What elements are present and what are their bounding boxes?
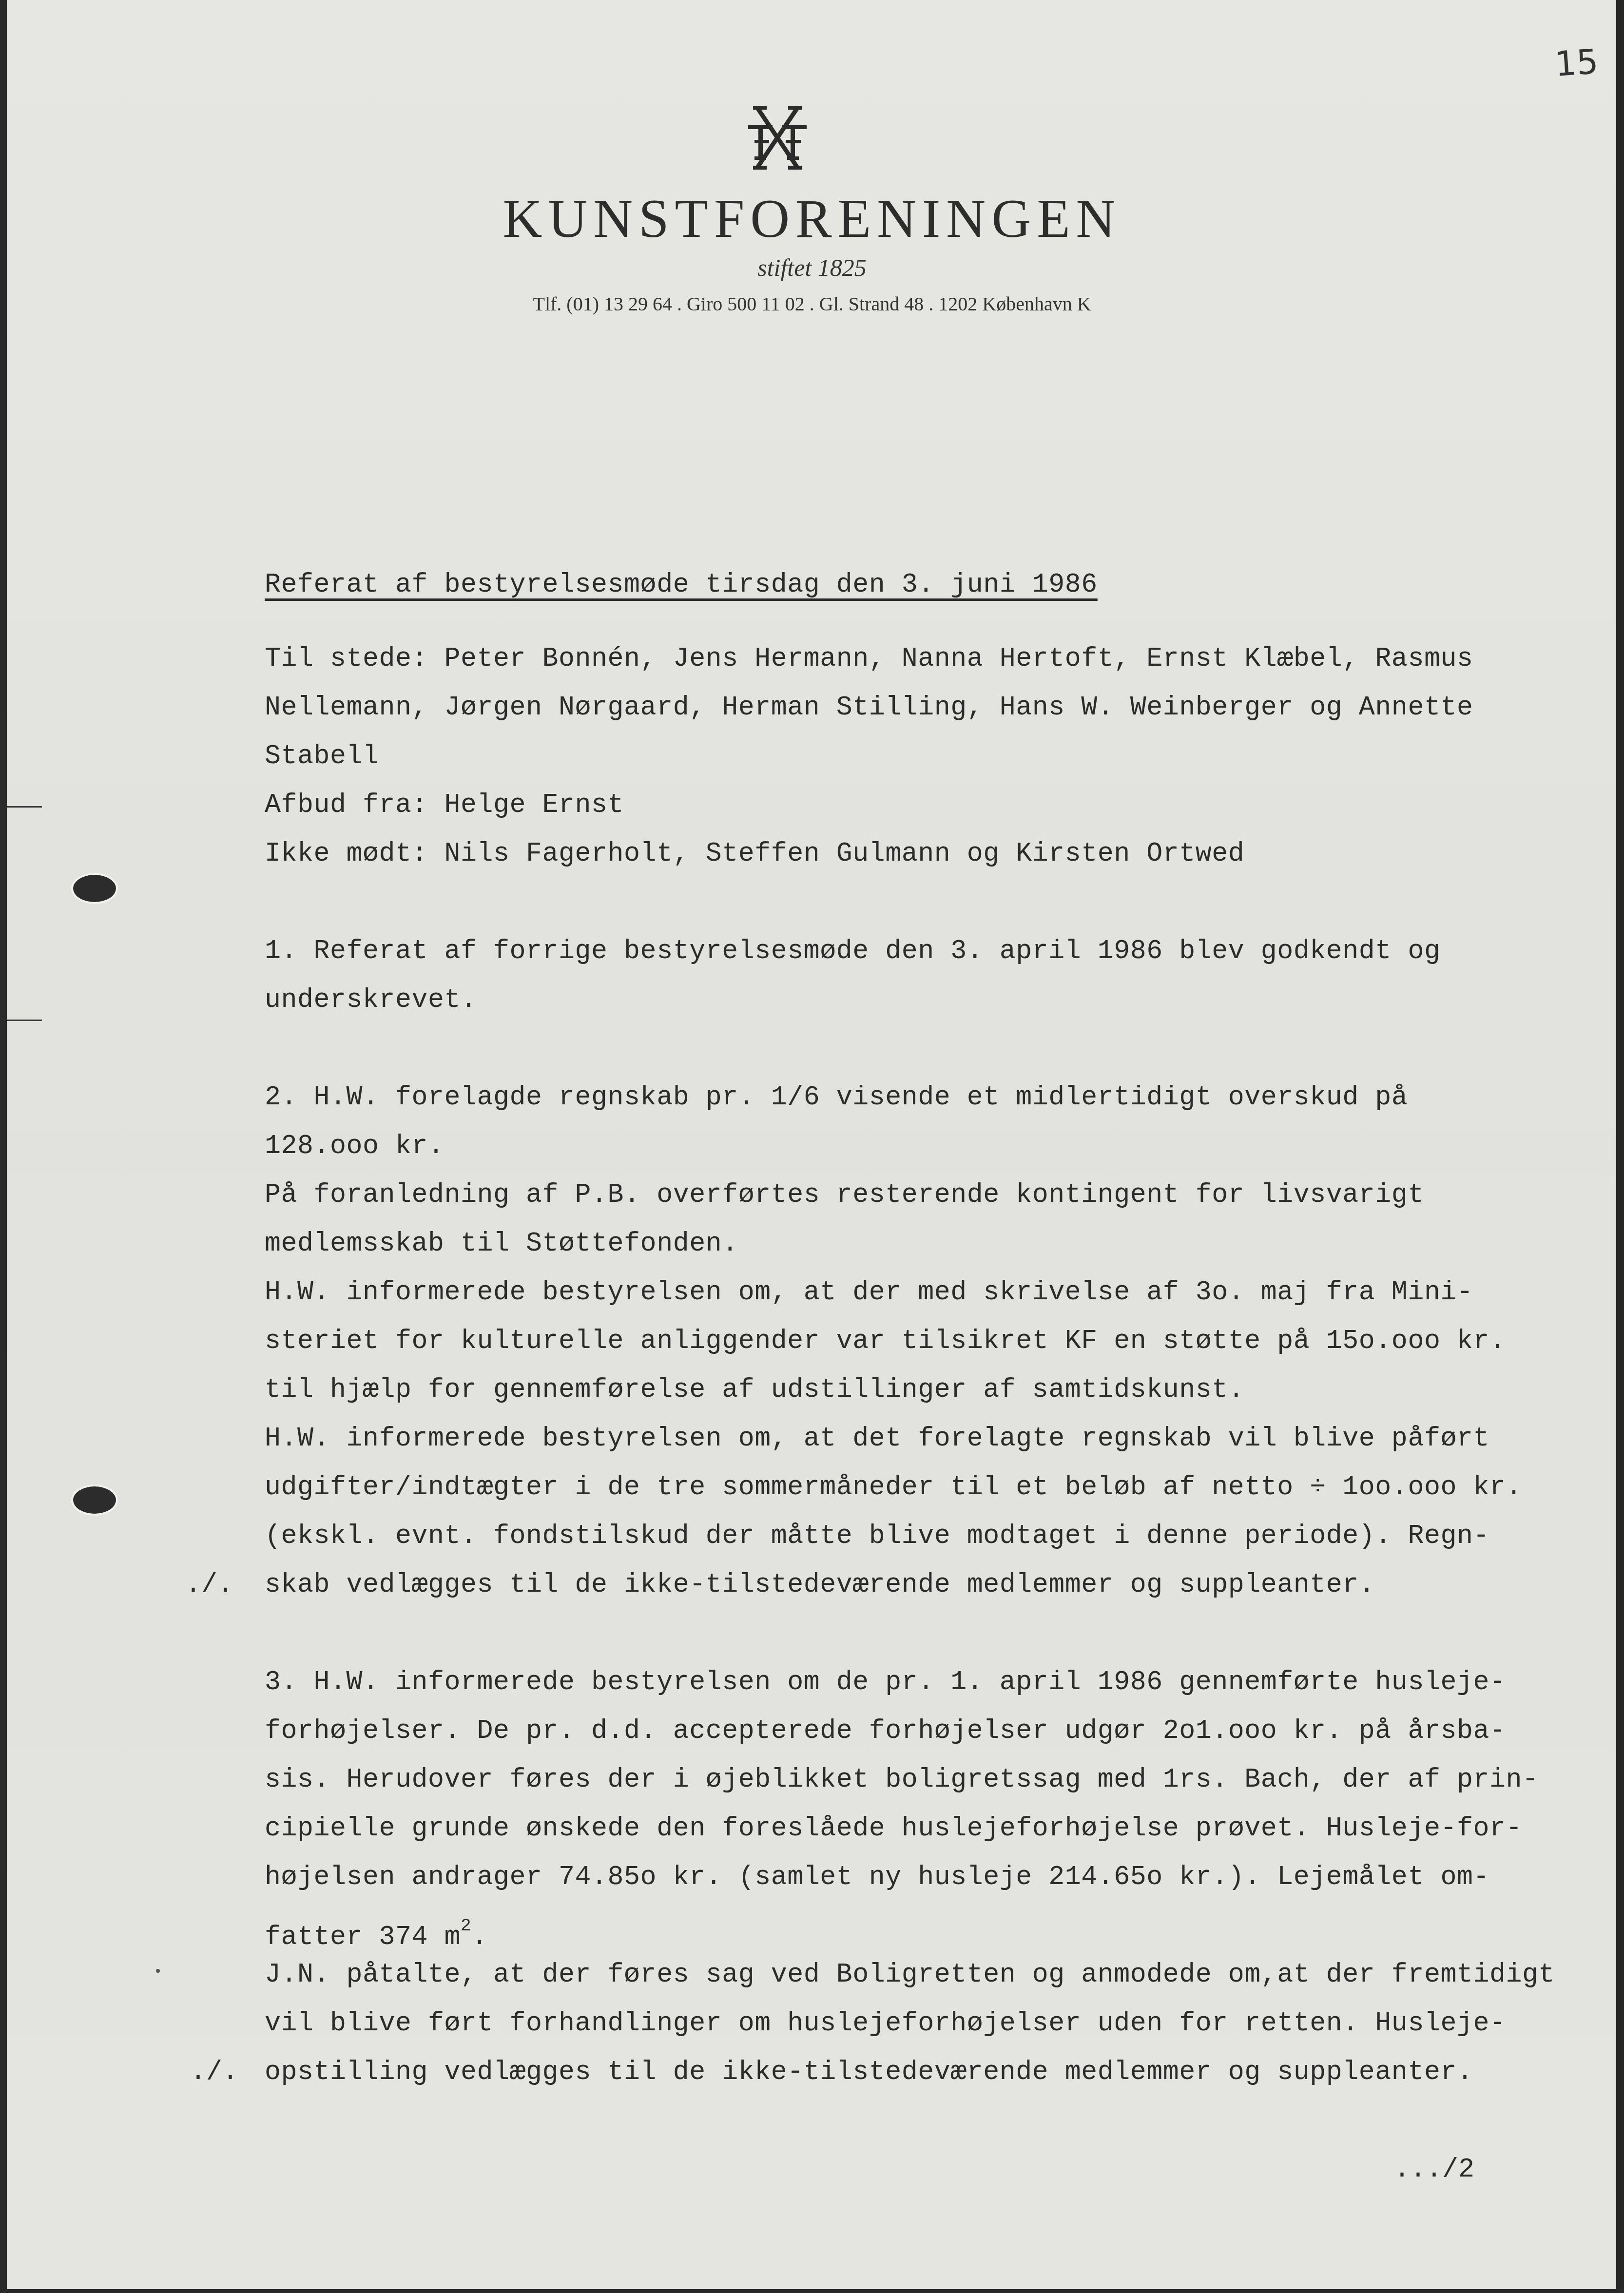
item-3-area-line: fatter 374 m2. — [265, 1910, 488, 1953]
item-2-line: (ekskl. evnt. fondstilskud der måtte bli… — [265, 1521, 1489, 1552]
item-3-line: højelsen andrager 74.85o kr. (samlet ny … — [265, 1862, 1489, 1893]
attendance-line: Nellemann, Jørgen Nørgaard, Herman Still… — [265, 692, 1473, 723]
contact-line: Tlf. (01) 13 29 64 . Giro 500 11 02 . Gl… — [0, 292, 1624, 315]
fold-mark-upper — [7, 806, 42, 808]
scan-edge-bottom — [0, 2289, 1624, 2293]
fold-mark-lower — [7, 1020, 42, 1021]
scan-edge-left — [0, 0, 7, 2293]
punch-hole-lower — [73, 1486, 116, 1514]
continued-marker: .../2 — [1394, 2154, 1474, 2185]
item-3-line: sis. Herudover føres der i øjeblikket bo… — [265, 1764, 1538, 1795]
item-3-line: opstilling vedlægges til de ikke-tilsted… — [265, 2057, 1473, 2088]
area-text: fatter 374 m — [265, 1922, 461, 1952]
item-3-line: 3. H.W. informerede bestyrelsen om de pr… — [265, 1667, 1506, 1698]
absent-line: Ikke mødt: Nils Fagerholt, Steffen Gulma… — [265, 838, 1244, 869]
absent-with-notice: Afbud fra: Helge Ernst — [265, 790, 624, 821]
punch-hole-upper — [73, 875, 116, 902]
item-1-line: underskrevet. — [265, 984, 477, 1016]
stray-mark — [156, 1969, 160, 1973]
item-2-line: til hjælp for gennemførelse af udstillin… — [265, 1374, 1244, 1406]
item-2-line: skab vedlægges til de ikke-tilstedeværen… — [265, 1569, 1375, 1600]
item-2-line: På foranledning af P.B. overførtes reste… — [265, 1179, 1424, 1211]
handwritten-page-number: 15 — [1553, 41, 1600, 84]
item-2-line: 128.ooo kr. — [265, 1131, 445, 1162]
founded-year: stiftet 1825 — [0, 253, 1624, 282]
organization-name: KUNSTFORENINGEN — [0, 188, 1624, 250]
scan-edge-right — [1616, 0, 1624, 2293]
kf-monogram-icon — [746, 105, 809, 171]
minutes-title: Referat af bestyrelsesmøde tirsdag den 3… — [265, 569, 1098, 600]
attachment-mark: ./. — [190, 2057, 238, 2088]
item-3-line: J.N. påtalte, at der føres sag ved Bolig… — [265, 1959, 1555, 1990]
attachment-mark: ./. — [185, 1569, 233, 1600]
area-suffix: . — [471, 1922, 488, 1952]
attendance-line: Til stede: Peter Bonnén, Jens Hermann, N… — [265, 643, 1473, 674]
area-superscript: 2 — [461, 1916, 471, 1936]
item-2-line: H.W. informerede bestyrelsen om, at det … — [265, 1423, 1489, 1454]
item-3-line: forhøjelser. De pr. d.d. accepterede for… — [265, 1715, 1506, 1747]
document-page: 15 KUNSTFORENINGEN stiftet 1825 Tlf. (01… — [0, 0, 1624, 2293]
item-3-line: cipielle grunde ønskede den foreslåede h… — [265, 1813, 1522, 1844]
item-2-line: steriet for kulturelle anliggender var t… — [265, 1326, 1506, 1357]
item-3-line: vil blive ført forhandlinger om huslejef… — [265, 2008, 1506, 2039]
item-2-line: 2. H.W. forelagde regnskab pr. 1/6 visen… — [265, 1082, 1408, 1113]
attendance-line: Stabell — [265, 741, 379, 772]
item-2-line: medlemsskab til Støttefonden. — [265, 1228, 738, 1259]
item-2-line: H.W. informerede bestyrelsen om, at der … — [265, 1277, 1473, 1308]
item-2-line: udgifter/indtægter i de tre sommermånede… — [265, 1472, 1522, 1503]
item-1-line: 1. Referat af forrige bestyrelsesmøde de… — [265, 936, 1440, 967]
